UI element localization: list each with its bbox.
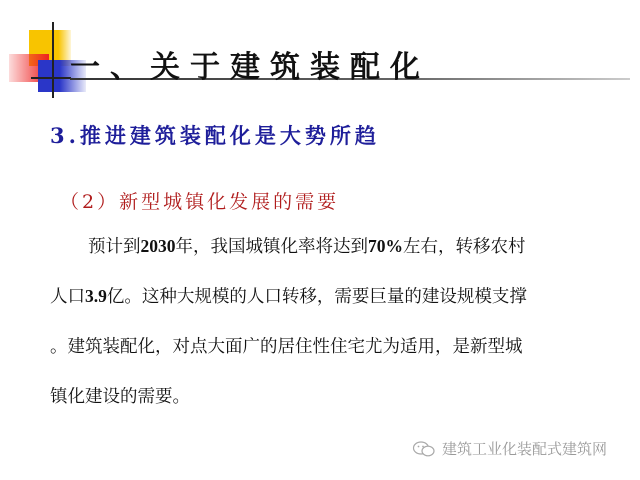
subsection-heading: （2）新型城镇化发展的需要 [60,187,339,214]
population-value: 3.9 [85,286,107,306]
section-heading: 3.推进建筑装配化是大势所趋 [50,120,380,150]
urbanization-rate-value: 70% [368,236,403,256]
watermark-text: 建筑工业化装配式建筑网 [442,438,607,459]
text-span: 预计到 [88,236,141,256]
deco-vertical-line [52,22,54,98]
wechat-icon [412,440,436,458]
text-span: 左右，转移农村 [403,236,526,256]
year-value: 2030 [141,236,176,256]
slide-title: 一、关于建筑装配化 [70,42,430,86]
paragraph-line: 。建筑装配化，对点大面广的居住性住宅尤为适用，是新型城 [50,333,610,383]
paragraph-line: 预计到2030年，我国城镇化率将达到70%左右，转移农村 [50,233,610,283]
text-span: 人口 [50,286,85,306]
text-span: 年，我国城镇化率将达到 [176,236,369,256]
paragraph-line: 镇化建设的需要。 [50,383,610,433]
text-span: 。建筑装配化，对点大面广的居住性住宅尤为适用，是新型城 [50,336,523,356]
deco-horizontal-line [31,77,71,79]
body-paragraph: 预计到2030年，我国城镇化率将达到70%左右，转移农村 人口3.9亿。这种大规… [50,233,610,433]
text-span: 亿。这种大规模的人口转移，需要巨量的建设规模支撑 [107,286,527,306]
text-span: 镇化建设的需要。 [50,386,190,406]
paragraph-line: 人口3.9亿。这种大规模的人口转移，需要巨量的建设规模支撑 [50,283,610,333]
watermark: 建筑工业化装配式建筑网 [412,438,607,459]
